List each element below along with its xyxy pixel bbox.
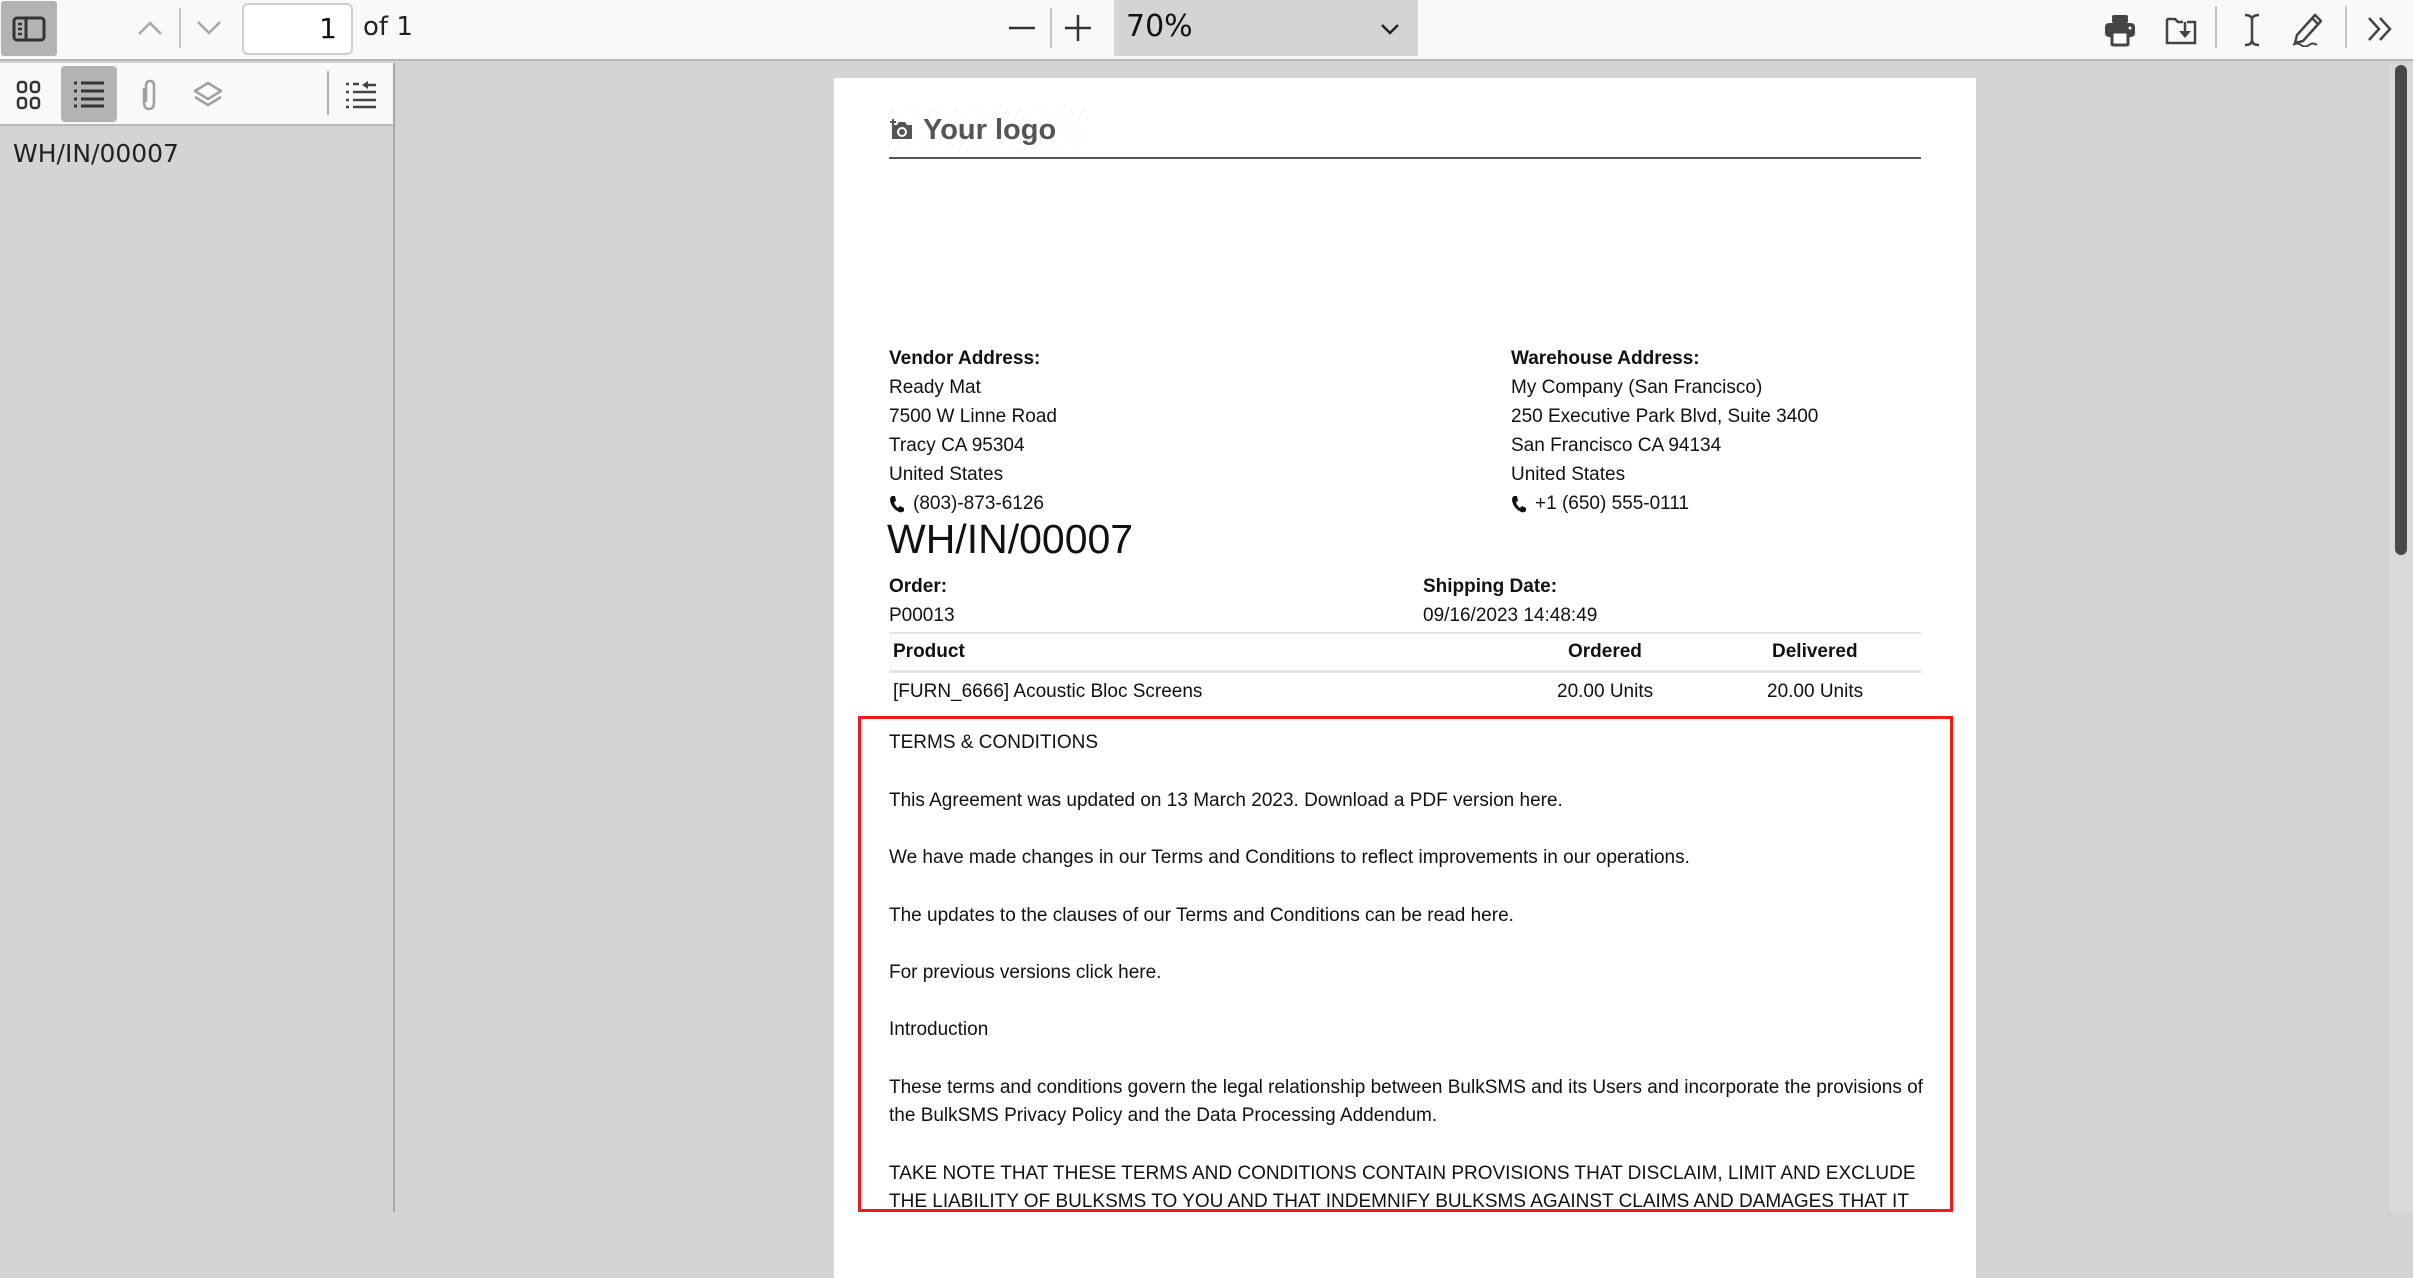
camera-icon — [889, 118, 915, 142]
header-divider — [889, 157, 1921, 159]
warehouse-country: United States — [1511, 464, 1625, 486]
vendor-name: Ready Mat — [889, 377, 981, 399]
table-header-ordered: Ordered — [1568, 641, 1642, 663]
print-button[interactable] — [2102, 12, 2138, 48]
warehouse-street: 250 Executive Park Blvd, Suite 3400 — [1511, 406, 1818, 428]
sidebar-toolbar — [0, 63, 393, 126]
pen-icon — [2291, 11, 2325, 47]
outline-view-button[interactable] — [61, 66, 117, 122]
terms-heading-introduction: Introduction — [889, 1019, 988, 1041]
page-number-input[interactable]: 1 — [242, 3, 353, 55]
vendor-phone: (803)-873-6126 — [889, 493, 1044, 515]
separator — [1050, 8, 1052, 48]
shipping-date-value: 09/16/2023 14:48:49 — [1423, 605, 1597, 627]
order-value: P00013 — [889, 605, 955, 627]
thumbnails-icon — [16, 79, 42, 111]
ordered-cell: 20.00 Units — [1557, 681, 1653, 703]
shipping-date-label: Shipping Date: — [1423, 576, 1557, 598]
chevron-down-icon — [196, 20, 222, 36]
outline-list-icon — [73, 79, 105, 109]
attachments-view-button[interactable] — [132, 73, 166, 117]
warehouse-address-heading: Warehouse Address: — [1511, 348, 1700, 370]
download-icon — [2165, 15, 2197, 45]
terms-paragraph: This Agreement was updated on 13 March 2… — [889, 790, 1563, 812]
terms-paragraph: These terms and conditions govern the le… — [889, 1077, 1923, 1099]
minus-icon — [1009, 26, 1035, 30]
page-count-label: of 1 — [363, 12, 413, 42]
layers-icon — [192, 80, 224, 110]
scrollbar-thumb[interactable] — [2395, 65, 2407, 555]
order-label: Order: — [889, 576, 947, 598]
next-page-button[interactable] — [195, 14, 223, 42]
printer-icon — [2104, 13, 2136, 47]
text-tool-button[interactable] — [2236, 12, 2268, 48]
plus-icon — [1065, 15, 1091, 41]
product-cell: [FURN_6666] Acoustic Bloc Screens — [893, 681, 1202, 703]
vendor-street: 7500 W Linne Road — [889, 406, 1057, 428]
layers-view-button[interactable] — [190, 75, 226, 115]
logo-text: Your logo — [923, 114, 1056, 147]
terms-paragraph: We have made changes in our Terms and Co… — [889, 847, 1690, 869]
table-header-product: Product — [893, 641, 965, 663]
save-button[interactable] — [2163, 12, 2199, 48]
vendor-city: Tracy CA 95304 — [889, 435, 1025, 457]
outline-collapse-icon — [345, 80, 377, 110]
paperclip-icon — [137, 78, 161, 112]
terms-title: TERMS & CONDITIONS — [889, 732, 1098, 754]
chevron-down-icon — [1380, 23, 1400, 35]
separator — [2345, 6, 2347, 48]
delivered-cell: 20.00 Units — [1767, 681, 1863, 703]
separator — [2215, 6, 2217, 48]
outline-item[interactable]: WH/IN/00007 — [13, 139, 179, 168]
warehouse-phone: +1 (650) 555-0111 — [1511, 493, 1689, 515]
phone-icon — [1511, 495, 1527, 513]
sidebar: WH/IN/00007 — [0, 63, 395, 1212]
terms-paragraph: For previous versions click here. — [889, 962, 1161, 984]
zoom-level-value: 70% — [1126, 9, 1193, 44]
sidebar-toggle-icon — [12, 16, 46, 42]
zoom-in-button[interactable] — [1063, 13, 1093, 43]
tools-menu-button[interactable] — [2364, 14, 2396, 44]
zoom-out-button[interactable] — [1006, 14, 1038, 42]
terms-paragraph: the BulkSMS Privacy Policy and the Data … — [889, 1105, 1437, 1127]
zoom-level-select[interactable]: 70% — [1114, 0, 1418, 56]
document-reference: WH/IN/00007 — [887, 516, 1133, 563]
separator — [327, 71, 329, 115]
double-chevron-right-icon — [2366, 16, 2394, 42]
separator — [179, 8, 181, 48]
company-logo: Your logo — [889, 108, 1084, 152]
draw-tool-button[interactable] — [2290, 10, 2326, 48]
warehouse-city: San Francisco CA 94134 — [1511, 435, 1721, 457]
vendor-address-heading: Vendor Address: — [889, 348, 1040, 370]
divider — [889, 632, 1921, 634]
phone-icon — [889, 495, 905, 513]
terms-paragraph: THE LIABILITY OF BULKSMS TO YOU AND THAT… — [889, 1191, 1909, 1212]
thumbnails-view-button[interactable] — [10, 68, 48, 122]
warehouse-name: My Company (San Francisco) — [1511, 377, 1762, 399]
pdf-toolbar: 1 of 1 70% — [0, 0, 2413, 61]
chevron-up-icon — [137, 20, 163, 36]
text-cursor-icon — [2242, 13, 2262, 47]
terms-paragraph: The updates to the clauses of our Terms … — [889, 905, 1514, 927]
table-header-delivered: Delivered — [1772, 641, 1858, 663]
table-header-divider — [889, 670, 1921, 673]
terms-paragraph: TAKE NOTE THAT THESE TERMS AND CONDITION… — [889, 1163, 1916, 1185]
vendor-country: United States — [889, 464, 1003, 486]
previous-page-button[interactable] — [136, 14, 164, 42]
collapse-outline-button[interactable] — [343, 75, 379, 115]
sidebar-toggle-button[interactable] — [1, 1, 57, 56]
